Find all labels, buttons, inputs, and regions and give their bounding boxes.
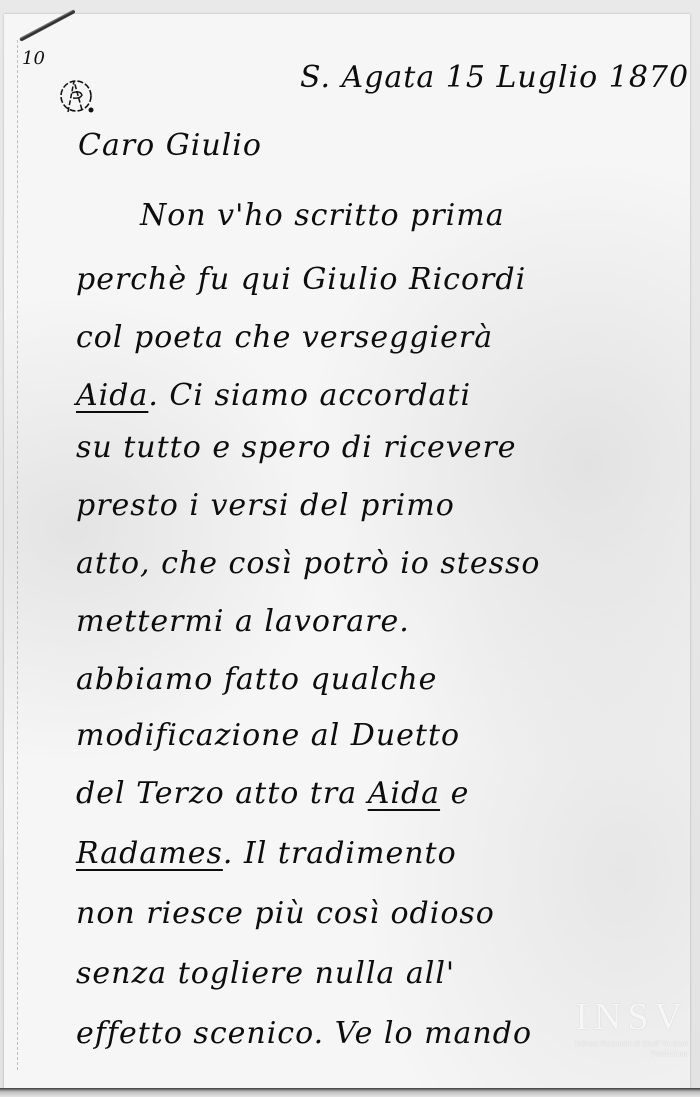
- letter-line: presto i versi del primo: [76, 488, 455, 523]
- line-rest: . Il tradimento: [223, 836, 457, 871]
- letter-line: Radames. Il tradimento: [76, 836, 457, 871]
- letter-line: col poeta che verseggierà: [76, 320, 493, 355]
- line-rest: . Ci siamo accordati: [148, 378, 471, 413]
- letter-dateline: S. Agata 15 Luglio 1870: [300, 60, 689, 95]
- letter-line: effetto scenico. Ve lo mando: [76, 1016, 532, 1051]
- letter-line: non riesce più così odioso: [76, 896, 495, 931]
- letter-line: senza togliere nulla all': [76, 956, 455, 991]
- letter-line: Aida. Ci siamo accordati: [76, 378, 471, 413]
- letter-line: del Terzo atto tra Aida e: [76, 776, 469, 811]
- letter-line: mettermi a lavorare.: [76, 604, 410, 639]
- letter-line: su tutto e spero di ricevere: [76, 430, 517, 465]
- monogram-icon: [58, 78, 96, 120]
- letter-line: Non v'ho scritto prima: [140, 198, 505, 233]
- page-edge-shadow: [0, 1088, 700, 1097]
- letter-line: perchè fu qui Giulio Ricordi: [76, 262, 526, 297]
- letter-line: abbiamo fatto qualche: [76, 662, 437, 697]
- letter-line: atto, che così potrò io stesso: [76, 546, 540, 581]
- archive-page-number: 10: [22, 48, 45, 69]
- fold-crease: [17, 40, 18, 1070]
- letter-salutation: Caro Giulio: [78, 128, 262, 163]
- line-end: e: [440, 776, 469, 811]
- underlined-title: Aida: [76, 378, 148, 413]
- letter-line: modificazione al Duetto: [76, 718, 460, 753]
- line-start: del Terzo atto tra: [76, 776, 368, 811]
- underlined-name: Radames: [76, 836, 223, 871]
- underlined-title: Aida: [368, 776, 440, 811]
